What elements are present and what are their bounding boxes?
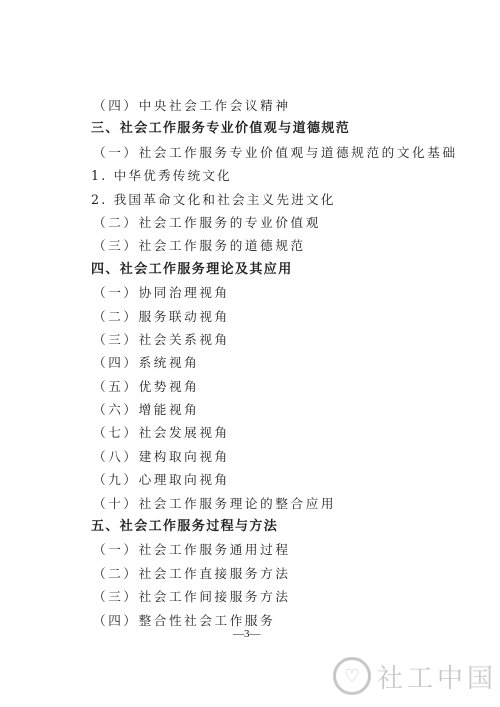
outline-list: （四）中央社会工作会议精神 三、社会工作服务专业价值观与道德规范 （一）社会工作…	[93, 94, 473, 632]
outline-item: （一）协同治理视角	[93, 281, 473, 304]
watermark: ♡ 社工中国	[333, 655, 497, 697]
section-heading: 五、社会工作服务过程与方法	[91, 515, 473, 538]
outline-item: （八）建构取向视角	[93, 445, 473, 468]
outline-item: （七）社会发展视角	[93, 421, 473, 444]
watermark-text: 社工中国	[377, 658, 497, 695]
outline-item: （二）社会工作直接服务方法	[93, 562, 473, 585]
outline-item: （五）优势视角	[93, 375, 473, 398]
outline-item: 1. 中华优秀传统文化	[91, 164, 473, 187]
outline-item: （六）增能视角	[93, 398, 473, 421]
document-page: （四）中央社会工作会议精神 三、社会工作服务专业价值观与道德规范 （一）社会工作…	[0, 0, 500, 707]
outline-item: （四）系统视角	[93, 351, 473, 374]
section-heading: 三、社会工作服务专业价值观与道德规范	[91, 117, 473, 140]
outline-item: 2. 我国革命文化和社会主义先进文化	[91, 188, 473, 211]
outline-item: （一）社会工作服务专业价值观与道德规范的文化基础	[93, 141, 473, 164]
outline-item: （四）中央社会工作会议精神	[93, 94, 473, 117]
outline-item: （一）社会工作服务通用过程	[93, 538, 473, 561]
section-heading: 四、社会工作服务理论及其应用	[91, 258, 473, 281]
outline-item: （三）社会关系视角	[93, 328, 473, 351]
page-number: —3—	[233, 628, 261, 640]
outline-item: （三）社会工作间接服务方法	[93, 585, 473, 608]
outline-item: （四）整合性社会工作服务	[93, 609, 473, 632]
outline-item: （二）服务联动视角	[93, 305, 473, 328]
social-work-emblem-icon: ♡	[333, 657, 371, 695]
outline-item: （九）心理取向视角	[93, 468, 473, 491]
outline-item: （十）社会工作服务理论的整合应用	[93, 492, 473, 515]
outline-item: （二）社会工作服务的专业价值观	[93, 211, 473, 234]
outline-item: （三）社会工作服务的道德规范	[93, 234, 473, 257]
